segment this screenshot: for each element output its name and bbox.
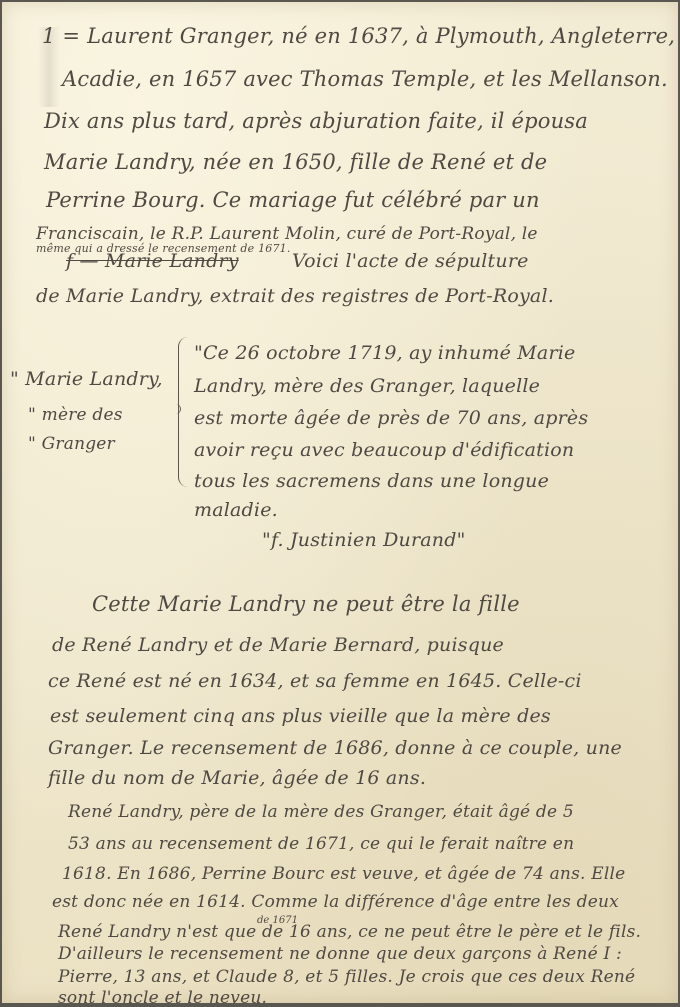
p3-line-7: Pierre, 13 ans, et Claude 8, et 5 filles…	[58, 967, 635, 987]
p2-line-6: fille du nom de Marie, âgée de 16 ans.	[48, 767, 426, 789]
p1-line-7: Voici l'acte de sépulture	[292, 250, 529, 272]
burial-line-2: Landry, mère des Granger, laquelle	[194, 375, 540, 397]
p1-line-2: Acadie, en 1657 avec Thomas Temple, et l…	[62, 67, 668, 91]
p3-line-5: René Landry n'est que de 16 ans, ce ne p…	[58, 922, 641, 942]
margin-label-1: " Marie Landry,	[10, 368, 163, 390]
p3-line-2: 53 ans au recensement de 1671, ce qui le…	[68, 834, 574, 854]
p3-line-4: est donc née en 1614. Comme la différenc…	[52, 892, 619, 912]
p2-line-5: Granger. Le recensement de 1686, donne à…	[48, 737, 622, 759]
p1-line-6: Franciscain, le R.P. Laurent Molin, curé…	[36, 224, 538, 244]
p1-line-8: de Marie Landry, extrait des registres d…	[36, 285, 554, 307]
p3-line-6: D'ailleurs le recensement ne donne que d…	[58, 944, 622, 964]
p1-line-5: Perrine Bourg. Ce mariage fut célébré pa…	[46, 188, 540, 212]
p2-line-4: est seulement cinq ans plus vieille que …	[50, 705, 551, 727]
burial-line-5: tous les sacremens dans une longue	[194, 470, 549, 492]
p3-line-1: René Landry, père de la mère des Granger…	[68, 802, 574, 822]
p1-struck-text: f — Marie Landry	[66, 250, 239, 272]
p2-line-2: de René Landry et de Marie Bernard, puis…	[52, 634, 504, 656]
margin-label-2: " mère des	[28, 405, 123, 425]
p2-line-1: Cette Marie Landry ne peut être la fille	[92, 592, 520, 616]
p2-line-3: ce René est né en 1634, et sa femme en 1…	[48, 670, 582, 692]
burial-line-3: est morte âgée de près de 70 ans, après	[194, 407, 588, 429]
p3-line-3: 1618. En 1686, Perrine Bourc est veuve, …	[62, 864, 625, 884]
p1-line-4: Marie Landry, née en 1650, fille de René…	[44, 150, 547, 174]
burial-line-6: maladie.	[194, 499, 278, 521]
p3-line-8: sont l'oncle et le neveu.	[58, 988, 267, 1007]
manuscript-page: 1 = Laurent Granger, né en 1637, à Plymo…	[2, 2, 678, 1003]
p3-interlinear-note: de 1671	[257, 915, 298, 926]
burial-line-1: "Ce 26 octobre 1719, ay inhumé Marie	[194, 342, 575, 364]
burial-line-4: avoir reçu avec beaucoup d'édification	[194, 439, 574, 461]
burial-signature: "f. Justinien Durand"	[262, 529, 466, 551]
margin-label-3: " Granger	[28, 434, 115, 454]
p1-line-3: Dix ans plus tard, après abjuration fait…	[44, 109, 588, 133]
p1-line-1: 1 = Laurent Granger, né en 1637, à Plymo…	[42, 24, 680, 48]
